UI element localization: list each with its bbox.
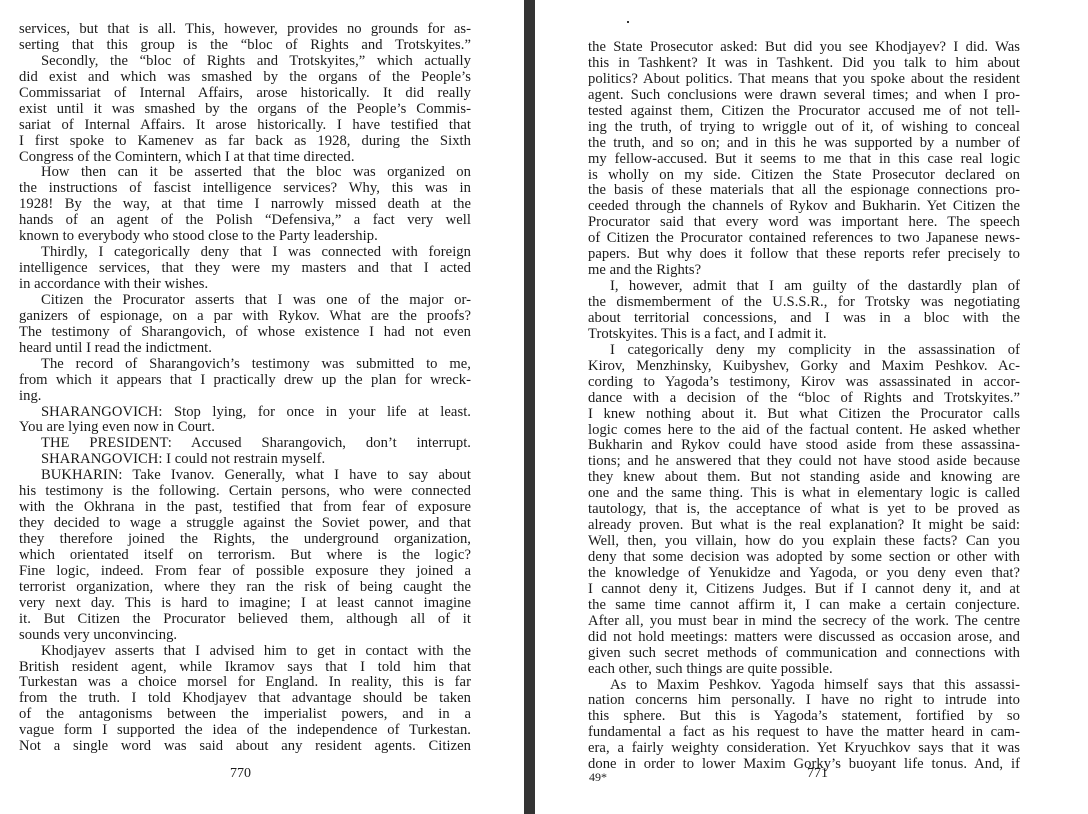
text-line: did exist and which was smashed by the o… — [19, 70, 471, 86]
text-line: politics? About politics. That means tha… — [588, 72, 1020, 88]
text-line: in accordance with their wishes. — [19, 277, 471, 293]
text-line: Turkestan was a choice morsel for Englan… — [19, 675, 471, 691]
text-line: already proven. But what is the real exp… — [588, 518, 1020, 534]
text-line: they knew about them. But not standing a… — [588, 470, 1020, 486]
text-line: The record of Sharangovich’s testimony w… — [19, 357, 471, 373]
text-line: The testimony of Sharangovich, of whose … — [19, 325, 471, 341]
text-line: done in order to lower Maxim Gorky’s buo… — [588, 757, 1020, 773]
text-line: the instructions of fascist intelligence… — [19, 181, 471, 197]
text-line: fundamental a fact as his request to hav… — [588, 725, 1020, 741]
text-line: era, a fairly weighty consideration. Yet… — [588, 741, 1020, 757]
text-line: the dismemberment of the U.S.S.R., for T… — [588, 295, 1020, 311]
text-line: Citizen the Procurator asserts that I wa… — [19, 293, 471, 309]
text-line: SHARANGOVICH: I could not restrain mysel… — [19, 452, 471, 468]
text-line: British resident agent, while Ikramov sa… — [19, 660, 471, 676]
text-line: Procurator said that every word was impo… — [588, 215, 1020, 231]
text-line: Well, then, you villain, how do you expl… — [588, 534, 1020, 550]
text-line: very next day. This is hard to imagine; … — [19, 596, 471, 612]
text-line: one and the same thing. This is what in … — [588, 486, 1020, 502]
text-line: his testimony is the following. Certain … — [19, 484, 471, 500]
text-line: terrorist organization, where they ran t… — [19, 580, 471, 596]
right-page-body: the State Prosecutor asked: But did you … — [588, 40, 1020, 773]
text-line: sounds very unconvincing. — [19, 628, 471, 644]
text-line: ing the truth, of trying to wriggle out … — [588, 120, 1020, 136]
text-line: I knew nothing about it. But what Citize… — [588, 407, 1020, 423]
text-line: After all, you must bear in mind the sec… — [588, 614, 1020, 630]
text-line: did not hold meetings: matters were disc… — [588, 630, 1020, 646]
text-line: known to everybody who stood close to th… — [19, 229, 471, 245]
text-line: serting that this group is the “bloc of … — [19, 38, 471, 54]
text-line: Trotskyites. This is a fact, and I admit… — [588, 327, 1020, 343]
text-line: which orientated itself on terrorism. Bu… — [19, 548, 471, 564]
text-line: the knowledge of Yenukidze and Yagoda, o… — [588, 566, 1020, 582]
text-line: Congress of the Comintern, which I at th… — [19, 150, 471, 166]
text-line: vague form I supported the idea of the i… — [19, 723, 471, 739]
text-line: nation concerns him personally. I have n… — [588, 693, 1020, 709]
text-line: I first spoke to Kamenev as far back as … — [19, 134, 471, 150]
text-line: is wholly on my side. Citizen the State … — [588, 168, 1020, 184]
text-line: Fine logic, indeed. From fear of possibl… — [19, 564, 471, 580]
text-line: from the truth. I told Khodjayev that ad… — [19, 691, 471, 707]
text-line: the State Prosecutor asked: But did you … — [588, 40, 1020, 56]
text-line: ganizers of espionage, on a par with Ryk… — [19, 309, 471, 325]
text-line: 1928! By the way, at that time I narrowl… — [19, 197, 471, 213]
text-line: my fellow-accused. But it seems to me th… — [588, 152, 1020, 168]
right-page: the State Prosecutor asked: But did you … — [536, 0, 1088, 814]
text-line: the basis of these materials that all th… — [588, 183, 1020, 199]
text-line: heard until I read the indictment. — [19, 341, 471, 357]
text-line: I categorically deny my complicity in th… — [588, 343, 1020, 359]
signature-mark: 49* — [589, 770, 607, 785]
text-line: dance with a decision of the “bloc of Ri… — [588, 391, 1020, 407]
text-line: logic comes here to the aid of the factu… — [588, 423, 1020, 439]
text-line: this in Tashkent? It was in Tashkent. Di… — [588, 56, 1020, 72]
text-line: this sphere. But this is Yagoda’s statem… — [588, 709, 1020, 725]
text-line: ing. — [19, 389, 471, 405]
page-number: 771 — [807, 766, 828, 782]
text-line: I, however, admit that I am guilty of th… — [588, 279, 1020, 295]
text-line: cording to Yagoda’s testimony, Kirov was… — [588, 375, 1020, 391]
text-line: hands of an agent of the Polish “Defensi… — [19, 213, 471, 229]
page-gutter-divider — [524, 0, 535, 814]
text-line: You are lying even now in Court. — [19, 420, 471, 436]
left-page-body: services, but that is all. This, however… — [19, 22, 471, 755]
text-line: Kirov, Menzhinsky, Kuibyshev, Gorky and … — [588, 359, 1020, 375]
text-line: the truth, and so on; and in this he was… — [588, 136, 1020, 152]
text-line: given such secret methods of communicati… — [588, 646, 1020, 662]
text-line: I cannot deny it, Citizens Judges. But i… — [588, 582, 1020, 598]
text-line: about territorial concessions, and I was… — [588, 311, 1020, 327]
text-line: As to Maxim Peshkov. Yagoda himself says… — [588, 678, 1020, 694]
left-page: services, but that is all. This, however… — [0, 0, 524, 814]
text-line: papers. But why does it follow that thes… — [588, 247, 1020, 263]
text-line: intelligence services, that they were my… — [19, 261, 471, 277]
text-line: of the antagonisms between the imperiali… — [19, 707, 471, 723]
scan-speck — [627, 21, 629, 23]
text-line: tions; and he answered that they could n… — [588, 454, 1020, 470]
text-line: tautology, that is, the acceptance of wh… — [588, 502, 1020, 518]
text-line: SHARANGOVICH: Stop lying, for once in yo… — [19, 405, 471, 421]
text-line: deny that some decision was adopted by s… — [588, 550, 1020, 566]
text-line: Thirdly, I categorically deny that I was… — [19, 245, 471, 261]
text-line: tested against them, Citizen the Procura… — [588, 104, 1020, 120]
text-line: from which it appears that I practically… — [19, 373, 471, 389]
text-line: sariat of Internal Affairs. It arose his… — [19, 118, 471, 134]
text-line: services, but that is all. This, however… — [19, 22, 471, 38]
text-line: Khodjayev asserts that I advised him to … — [19, 644, 471, 660]
text-line: Commissariat of Internal Affairs, arose … — [19, 86, 471, 102]
text-line: Secondly, the “bloc of Rights and Trotsk… — [19, 54, 471, 70]
text-line: each other, such things are quite possib… — [588, 662, 1020, 678]
text-line: THE PRESIDENT: Accused Sharangovich, don… — [19, 436, 471, 452]
text-line: of Citizen the Procurator contained refe… — [588, 231, 1020, 247]
text-line: How then can it be asserted that the blo… — [19, 165, 471, 181]
text-line: agent. Such conclusions were drawn sever… — [588, 88, 1020, 104]
page-number: 770 — [230, 766, 251, 782]
text-line: exist until it was smashed by the organs… — [19, 102, 471, 118]
text-line: ceeded through the channels of Rykov and… — [588, 199, 1020, 215]
text-line: me and the Rights? — [588, 263, 1020, 279]
text-line: with the Okhrana in the past, testified … — [19, 500, 471, 516]
text-line: BUKHARIN: Take Ivanov. Generally, what I… — [19, 468, 471, 484]
text-line: it. But Citizen the Procurator believed … — [19, 612, 471, 628]
text-line: they therefore joined the Rights, the un… — [19, 532, 471, 548]
text-line: they decided to wage a struggle against … — [19, 516, 471, 532]
text-line: the same time cannot affirm it, I can ma… — [588, 598, 1020, 614]
text-line: Bukharin and Rykov could have stood asid… — [588, 438, 1020, 454]
text-line: Not a single word was said about any res… — [19, 739, 471, 755]
